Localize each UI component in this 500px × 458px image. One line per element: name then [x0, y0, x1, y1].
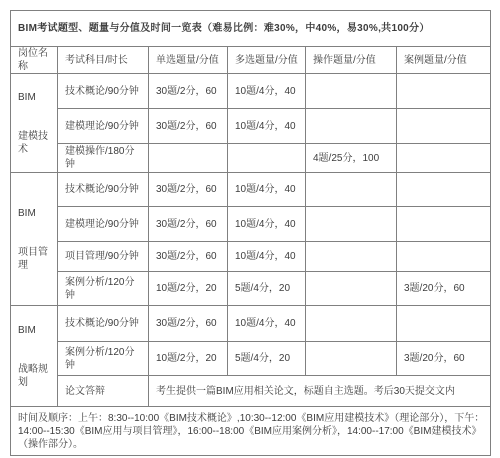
table-row: 建模理论/90分钟 30题/2分，60 10题/4分，40 — [11, 109, 491, 144]
cell-multi: 10题/4分，40 — [228, 242, 306, 272]
cell-operation — [306, 242, 397, 272]
table-row: BIM 战略规划 技术概论/90分钟 30题/2分，60 10题/4分，40 — [11, 306, 491, 342]
cell-operation — [306, 306, 397, 342]
position-line1: BIM — [18, 207, 53, 220]
schedule-note: 时间及顺序：上午：8:30--10:00《BIM技术概论》,10:30--12:… — [11, 407, 491, 456]
position-line1: BIM — [18, 324, 53, 337]
cell-single — [149, 144, 228, 173]
cell-operation — [306, 342, 397, 376]
cell-thesis-note: 考生提供一篇BIM应用相关论文，标题自主选题。考后30天提交文内 — [149, 376, 491, 407]
cell-case: 3题/20分，60 — [397, 272, 491, 306]
col-header-case: 案例题量/分值 — [397, 47, 491, 74]
cell-operation — [306, 74, 397, 109]
table-row: 论文答辩 考生提供一篇BIM应用相关论文，标题自主选题。考后30天提交文内 — [11, 376, 491, 407]
col-header-single-choice: 单选题量/分值 — [149, 47, 228, 74]
col-header-operation: 操作题量/分值 — [306, 47, 397, 74]
cell-subject: 项目管理/90分钟 — [58, 242, 149, 272]
col-header-position: 岗位名称 — [11, 47, 58, 74]
cell-multi: 10题/4分，40 — [228, 306, 306, 342]
table-row: 建模理论/90分钟 30题/2分，60 10题/4分，40 — [11, 207, 491, 242]
cell-multi: 10题/4分，40 — [228, 74, 306, 109]
cell-single: 30题/2分，60 — [149, 242, 228, 272]
cell-case — [397, 207, 491, 242]
table-row: BIM 项目管理 技术概论/90分钟 30题/2分，60 10题/4分，40 — [11, 173, 491, 207]
cell-multi: 5题/4分，20 — [228, 272, 306, 306]
cell-case — [397, 144, 491, 173]
cell-multi: 5题/4分，20 — [228, 342, 306, 376]
bim-exam-table: BIM考试题型、题量与分值及时间一览表（难易比例：难30%，中40%，易30%,… — [10, 10, 491, 456]
cell-position-project: BIM 项目管理 — [11, 173, 58, 306]
cell-single: 30题/2分，60 — [149, 173, 228, 207]
cell-multi: 10题/4分，40 — [228, 173, 306, 207]
col-header-subject: 考试科目/时长 — [58, 47, 149, 74]
page: BIM考试题型、题量与分值及时间一览表（难易比例：难30%，中40%，易30%,… — [0, 0, 500, 458]
cell-operation — [306, 109, 397, 144]
cell-operation: 4题/25分，100 — [306, 144, 397, 173]
cell-single: 30题/2分，60 — [149, 74, 228, 109]
cell-case — [397, 74, 491, 109]
cell-subject: 技术概论/90分钟 — [58, 173, 149, 207]
cell-operation — [306, 173, 397, 207]
cell-case — [397, 109, 491, 144]
cell-subject: 建模理论/90分钟 — [58, 207, 149, 242]
position-line2: 项目管理 — [18, 246, 53, 272]
cell-multi: 10题/4分，40 — [228, 207, 306, 242]
cell-case — [397, 173, 491, 207]
cell-case — [397, 306, 491, 342]
cell-case — [397, 242, 491, 272]
cell-single: 10题/2分，20 — [149, 272, 228, 306]
table-row: 案例分析/120分钟 10题/2分，20 5题/4分，20 3题/20分，60 — [11, 342, 491, 376]
cell-subject: 技术概论/90分钟 — [58, 74, 149, 109]
cell-single: 10题/2分，20 — [149, 342, 228, 376]
table-row: 建模操作/180分钟 4题/25分，100 — [11, 144, 491, 173]
position-line2: 战略规划 — [18, 363, 53, 389]
cell-single: 30题/2分，60 — [149, 207, 228, 242]
cell-single: 30题/2分，60 — [149, 109, 228, 144]
cell-single: 30题/2分，60 — [149, 306, 228, 342]
cell-subject: 建模理论/90分钟 — [58, 109, 149, 144]
table-row: 项目管理/90分钟 30题/2分，60 10题/4分，40 — [11, 242, 491, 272]
cell-multi: 10题/4分，40 — [228, 109, 306, 144]
cell-subject: 建模操作/180分钟 — [58, 144, 149, 173]
cell-position-modeling: BIM 建模技术 — [11, 74, 58, 173]
position-line2: 建模技术 — [18, 130, 53, 156]
cell-subject-thesis: 论文答辩 — [58, 376, 149, 407]
cell-operation — [306, 207, 397, 242]
cell-subject: 技术概论/90分钟 — [58, 306, 149, 342]
col-header-multi-choice: 多选题量/分值 — [228, 47, 306, 74]
table-title: BIM考试题型、题量与分值及时间一览表（难易比例：难30%，中40%，易30%,… — [11, 11, 491, 47]
table-row: BIM 建模技术 技术概论/90分钟 30题/2分，60 10题/4分，40 — [11, 74, 491, 109]
table-row: 案例分析/120分钟 10题/2分，20 5题/4分，20 3题/20分，60 — [11, 272, 491, 306]
cell-operation — [306, 272, 397, 306]
position-line1: BIM — [18, 91, 53, 104]
cell-position-strategy: BIM 战略规划 — [11, 306, 58, 407]
cell-subject: 案例分析/120分钟 — [58, 342, 149, 376]
cell-case: 3题/20分，60 — [397, 342, 491, 376]
cell-subject: 案例分析/120分钟 — [58, 272, 149, 306]
cell-multi — [228, 144, 306, 173]
